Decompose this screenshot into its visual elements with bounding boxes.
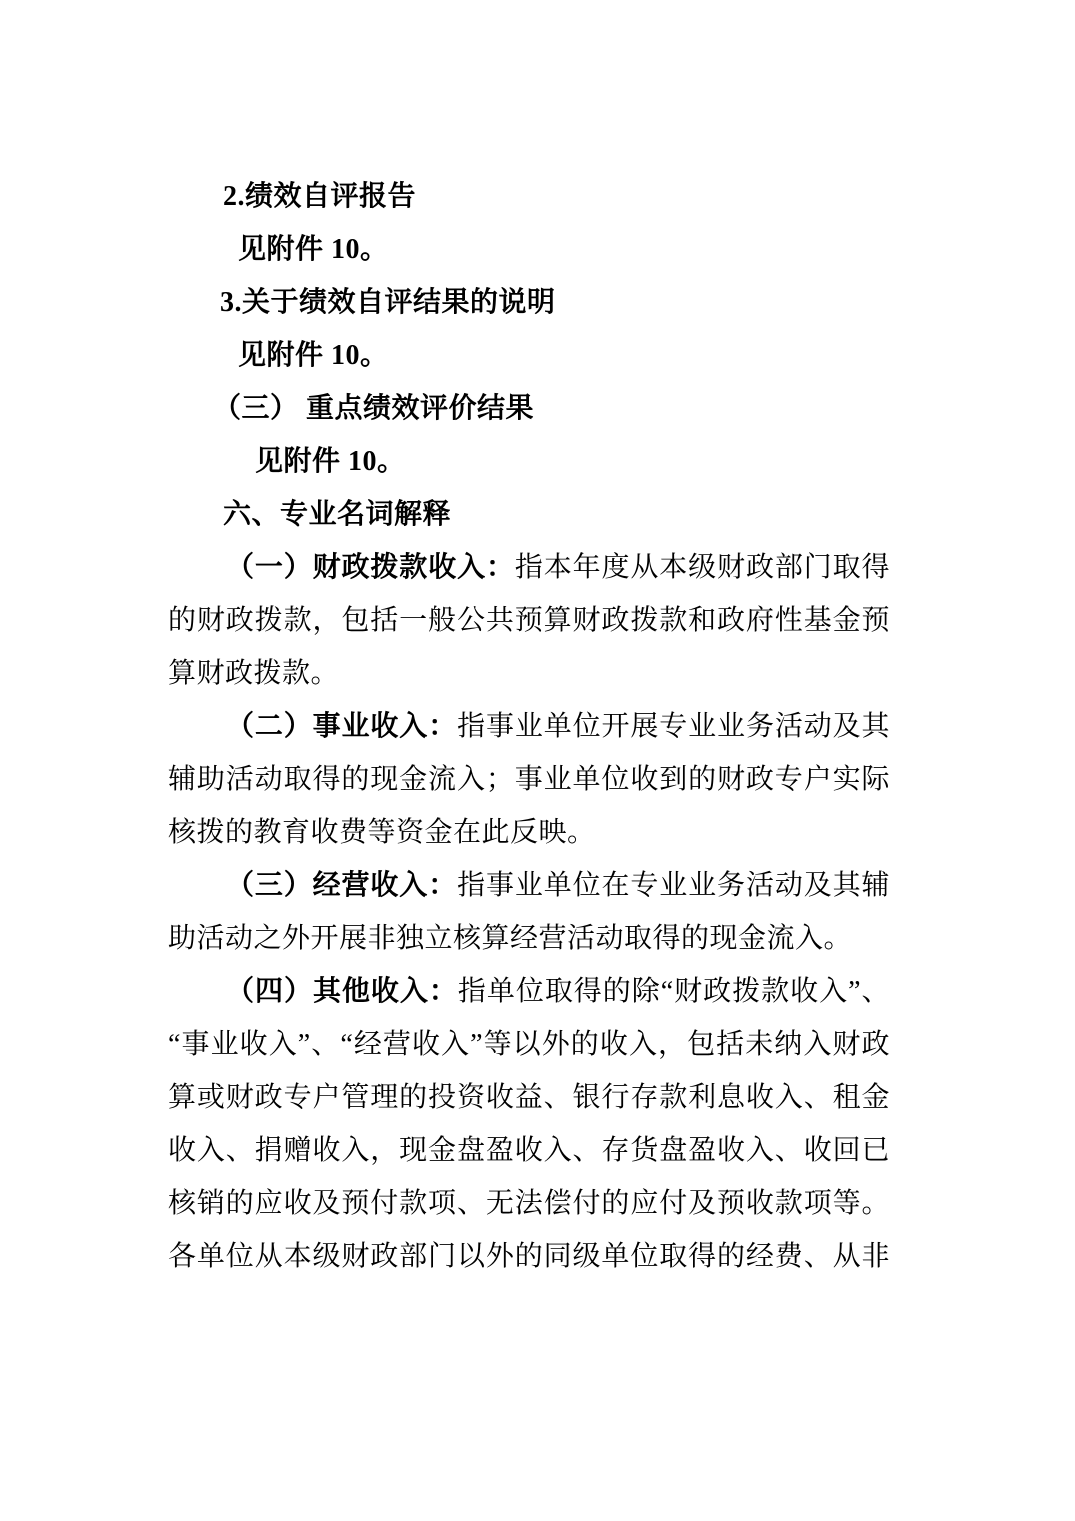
attachment-ref: 见附件 10。: [168, 329, 890, 382]
bold-label-text: （三） 重点绩效评价结果: [213, 393, 534, 424]
heading-key-performance-eval: （三） 重点绩效评价结果: [168, 382, 890, 435]
heading-self-eval-report: 2.绩效自评报告: [168, 170, 890, 223]
bold-label-text: 见附件 10。: [255, 446, 406, 477]
body-text: 指本年度从本级财政部门取得: [515, 552, 890, 583]
section-heading-terms: 六、专业名词解释: [168, 488, 890, 541]
body-text: 各单位从本级财政部门以外的同级单位取得的经费、从非: [168, 1241, 890, 1272]
body-text: 核拨的教育收费等资金在此反映。: [168, 817, 596, 848]
bold-label-text: 2.绩效自评报告: [223, 181, 416, 212]
body-text: 算或财政专户管理的投资收益、银行存款利息收入、租金: [168, 1082, 890, 1113]
body-text: “事业收入”、“经营收入”等以外的收入，包括未纳入财政预: [168, 1029, 890, 1071]
para-fiscal-appropriation-line3: 算财政拨款。: [168, 647, 890, 700]
bold-label-text: （三）经营收入：: [226, 870, 457, 901]
body-text: 核销的应收及预付款项、无法偿付的应付及预收款项等。: [168, 1188, 890, 1219]
para-other-income-line3: 算或财政专户管理的投资收益、银行存款利息收入、租金: [168, 1071, 890, 1124]
bold-label-text: 见附件 10。: [238, 234, 389, 265]
para-other-income-line6: 各单位从本级财政部门以外的同级单位取得的经费、从非: [168, 1230, 890, 1283]
body-text: 指事业单位在专业业务活动及其辅: [457, 870, 890, 901]
bold-label-text: （一）财政拨款收入：: [226, 552, 515, 583]
body-text: 算财政拨款。: [168, 658, 339, 689]
para-operating-income-line1: （二）事业收入：指事业单位开展专业业务活动及其: [168, 700, 890, 753]
para-operating-income-line3: 核拨的教育收费等资金在此反映。: [168, 806, 890, 859]
para-other-income-line4: 收入、捐赠收入，现金盘盈收入、存货盘盈收入、收回已: [168, 1124, 890, 1177]
document-page: 2.绩效自评报告见附件 10。3.关于绩效自评结果的说明见附件 10。（三） 重…: [0, 0, 1075, 1521]
para-fiscal-appropriation-line2: 的财政拨款，包括一般公共预算财政拨款和政府性基金预: [168, 594, 890, 647]
document-body: 2.绩效自评报告见附件 10。3.关于绩效自评结果的说明见附件 10。（三） 重…: [168, 170, 890, 1283]
bold-label-text: （二）事业收入：: [226, 711, 457, 742]
attachment-ref: 见附件 10。: [168, 223, 890, 276]
para-other-income-line2: “事业收入”、“经营收入”等以外的收入，包括未纳入财政预: [168, 1018, 890, 1071]
bold-label-text: 六、专业名词解释: [223, 499, 451, 530]
body-text: 指事业单位开展专业业务活动及其: [457, 711, 890, 742]
body-text: 助活动之外开展非独立核算经营活动取得的现金流入。: [168, 923, 852, 954]
para-business-income-line2: 助活动之外开展非独立核算经营活动取得的现金流入。: [168, 912, 890, 965]
para-other-income-line1: （四）其他收入：指单位取得的除“财政拨款收入”、: [168, 965, 890, 1018]
para-other-income-line5: 核销的应收及预付款项、无法偿付的应付及预收款项等。: [168, 1177, 890, 1230]
body-text: 收入、捐赠收入，现金盘盈收入、存货盘盈收入、收回已: [168, 1135, 890, 1166]
body-text: 的财政拨款，包括一般公共预算财政拨款和政府性基金预: [168, 605, 890, 636]
bold-label-text: 3.关于绩效自评结果的说明: [220, 287, 556, 318]
para-operating-income-line2: 辅助活动取得的现金流入；事业单位收到的财政专户实际: [168, 753, 890, 806]
body-text: 辅助活动取得的现金流入；事业单位收到的财政专户实际: [168, 764, 890, 795]
heading-self-eval-explanation: 3.关于绩效自评结果的说明: [168, 276, 890, 329]
bold-label-text: 见附件 10。: [238, 340, 389, 371]
attachment-ref: 见附件 10。: [168, 435, 890, 488]
para-business-income-line1: （三）经营收入：指事业单位在专业业务活动及其辅: [168, 859, 890, 912]
body-text: 指单位取得的除“财政拨款收入”、: [458, 976, 890, 1007]
para-fiscal-appropriation-line1: （一）财政拨款收入：指本年度从本级财政部门取得: [168, 541, 890, 594]
bold-label-text: （四）其他收入：: [226, 976, 458, 1007]
